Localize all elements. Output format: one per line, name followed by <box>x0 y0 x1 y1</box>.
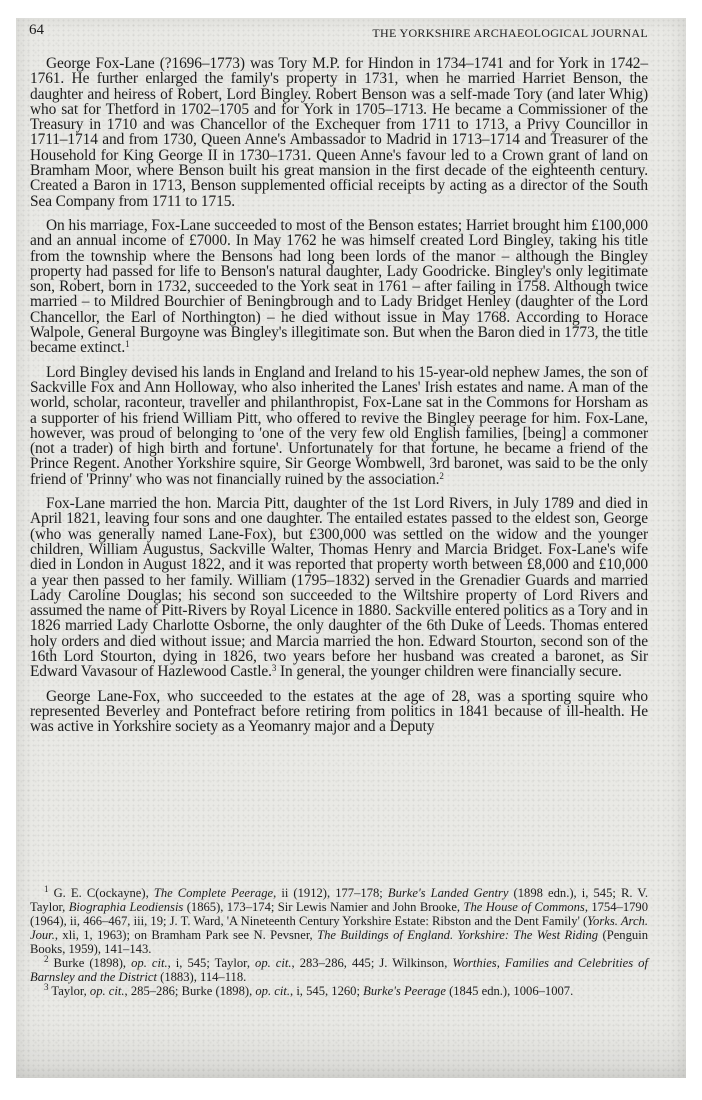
footnote-ref-1[interactable]: 1 <box>125 339 129 349</box>
footnote-text: , i, 545, 1260; <box>290 984 363 998</box>
footnote-2: 2 Burke (1898), op. cit., i, 545; Taylor… <box>30 956 648 984</box>
paragraph-text-tail: In general, the younger children were fi… <box>276 663 621 680</box>
page-number: 64 <box>29 22 44 39</box>
footnote-3: 3 Taylor, op. cit., 285–286; Burke (1898… <box>30 984 648 998</box>
footnote-title: Burke's Landed Gentry <box>388 886 509 900</box>
footnote-text: , xli, 1, 1963); on Bramham Park see N. … <box>55 928 317 942</box>
footnote-title: The Buildings of England. Yorkshire: The… <box>317 928 598 942</box>
scanned-page: 64 THE YORKSHIRE ARCHAEOLOGICAL JOURNAL … <box>16 18 686 1078</box>
footnote-title: op. cit. <box>255 956 292 970</box>
paragraph-text: On his marriage, Fox-Lane succeeded to m… <box>30 217 648 356</box>
footnote-text: (1883), 114–118. <box>157 970 246 984</box>
footnote-text: Burke (1898), <box>49 956 132 970</box>
footnote-ref-2[interactable]: 2 <box>439 471 443 481</box>
footnote-1: 1 G. E. C(ockayne), The Complete Peerage… <box>30 886 648 956</box>
paragraph-1: George Fox-Lane (?1696–1773) was Tory M.… <box>30 56 648 209</box>
body-text: George Fox-Lane (?1696–1773) was Tory M.… <box>30 56 648 743</box>
paragraph-text: George Lane-Fox, who succeeded to the es… <box>30 688 648 736</box>
paragraph-text: Fox-Lane married the hon. Marcia Pitt, d… <box>30 495 648 680</box>
paragraph-4: Fox-Lane married the hon. Marcia Pitt, d… <box>30 496 648 680</box>
footnote-text: , 285–286; Burke (1898), <box>125 984 256 998</box>
footnote-text: , i, 545; Taylor, <box>168 956 255 970</box>
paragraph-5: George Lane-Fox, who succeeded to the es… <box>30 689 648 735</box>
footnote-text: Taylor, <box>49 984 90 998</box>
footnote-title: Burke's Peerage <box>363 984 446 998</box>
paragraph-3: Lord Bingley devised his lands in Englan… <box>30 365 648 487</box>
footnote-text: , ii (1912), 177–178; <box>273 886 388 900</box>
paragraph-text: George Fox-Lane (?1696–1773) was Tory M.… <box>30 55 648 210</box>
paragraph-text: Lord Bingley devised his lands in Englan… <box>30 364 648 488</box>
footnote-text: (1865), 173–174; Sir Lewis Namier and Jo… <box>183 900 463 914</box>
footnote-title: The Complete Peerage <box>154 886 273 900</box>
footnote-title: Biographia Leodiensis <box>69 900 184 914</box>
paragraph-2: On his marriage, Fox-Lane succeeded to m… <box>30 218 648 356</box>
footnotes: 1 G. E. C(ockayne), The Complete Peerage… <box>30 886 648 998</box>
footnote-text: (1845 edn.), 1006–1007. <box>446 984 573 998</box>
footnote-title: op. cit. <box>255 984 290 998</box>
footnote-title: The House of Commons <box>463 900 584 914</box>
footnote-text: , 283–286, 445; J. Wilkinson, <box>292 956 453 970</box>
footnote-text: G. E. C(ockayne), <box>49 886 154 900</box>
running-head: THE YORKSHIRE ARCHAEOLOGICAL JOURNAL <box>372 26 648 41</box>
footnote-title: op. cit. <box>131 956 168 970</box>
footnote-title: op. cit. <box>90 984 125 998</box>
